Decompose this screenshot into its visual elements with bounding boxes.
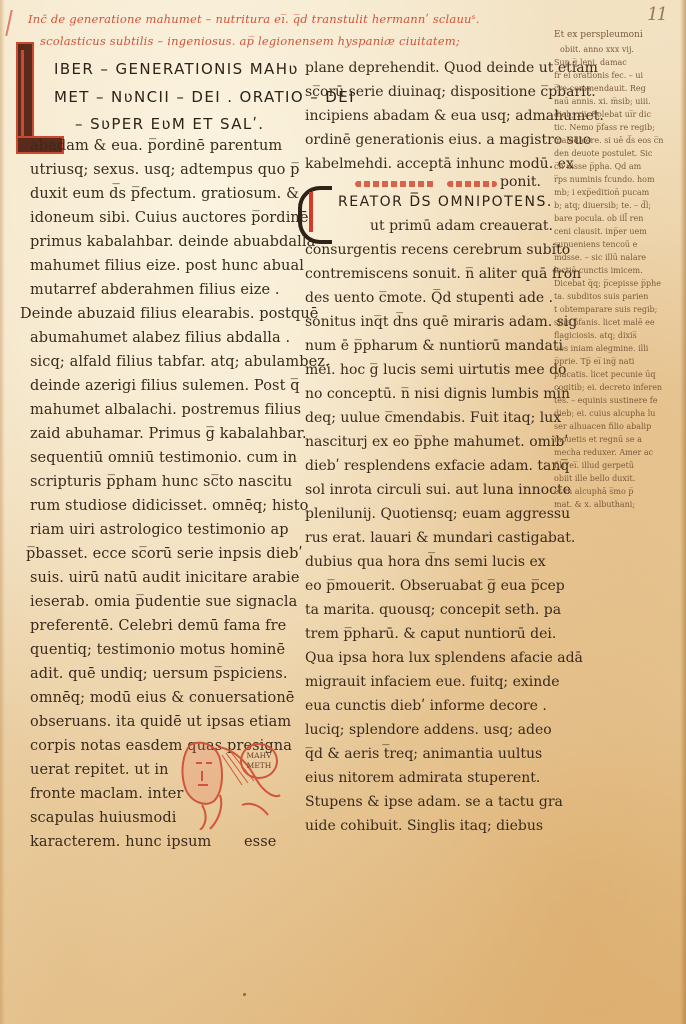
gloss-line: ta. subditos suis parien [554,292,648,301]
text-line: abumahumet alabez filius abdalla . [30,330,290,346]
text-line: diebʹ resplendens exfacie adam. tanq̅ [305,458,569,474]
parchment-blemish [243,993,246,996]
text-line: p̅basset. ecce sc̅orū serie inpsis dieb… [26,546,303,562]
text-line: scapulas huiusmodi [30,810,176,826]
text-line: ieserab. omia p̅udentie sue signacla [30,594,297,610]
gloss-line: r̅ps numinis fcundo. hom [554,175,655,184]
text-line: uerat repitet. ut in [30,762,169,778]
gloss-line: maledicere. si uē d̅s eos c̅n [554,136,663,145]
text-line: rum studiose didicisset. omnēq; histo [30,498,308,514]
text-line: fronte maclam. inter [30,786,183,802]
text-line: eo p̅mouerit. Obseruabat g̅ eua p̅cep [305,578,565,594]
text-line: idoneum sibi. Cuius auctores p̅ordinē. [30,210,313,226]
gloss-line: Sup q̅ leni. damac [554,58,627,67]
heading-line-3: – SʋPER EʋM ET SALʹ. [75,115,264,133]
gloss-line: flagiciosis. atq; dixis̅ [554,331,637,340]
text-line: riam uiri astrologico testimonio ap [30,522,289,538]
gloss-line: Et ex perspleumoni [554,30,643,40]
text-line: migrauit infaciem eue. fuitq; exinde [305,674,560,690]
text-line: suis. uirū natū audit inicitare arabie [30,570,300,586]
text-line: sonitus inq̅t d̅ns quē miraris adam. si… [305,314,577,330]
heading-line-1: IBER – GENERATIONIS MAHʋ [54,60,299,78]
gloss-line: obiit ille bello duxit. [554,474,635,483]
text-line: ta marita. quousq; concepit seth. pa [305,602,561,618]
text-line: ponit. [500,174,541,190]
decorated-initial-L [14,42,44,150]
gloss-line: Dicebat q̅q; p̅cepisse p̅phe [554,279,661,288]
text-line: mei. hoc g̅ lucis semi uirtutis mee do [305,362,566,378]
gloss-line: filiʹ ei̅. illud gerpetū [554,461,634,470]
text-line: obseruans. ita quidē ut ipsas etiam [30,714,291,730]
gloss-line: ser alhuacen filio abalip [554,422,651,431]
gloss-line: p̅prie. Tp̅ ei̅ ing̅ nati [554,357,634,366]
line-filler-ornament [447,181,497,187]
text-line: deinde azerigi filius sulemen. Post q̅ [30,378,300,394]
text-line: contremiscens sonuit. n̅ aliter quā fro… [305,266,581,282]
text-line: sc̅orū serie diuinaq; dispositione c̅pb… [305,84,596,100]
folio-number: 11 [647,4,666,25]
text-line: rus erat. lauari & mundari castigabat. [305,530,575,546]
folio-right-edge [680,0,686,1024]
text-line: des uento c̅mote. Q̅d stupenti ade . [305,290,553,306]
text-line: nasciturj ex eo p̅phe mahumet. omibʹ [305,434,568,450]
gloss-line: tes. – equinis sustinere fe [554,396,657,405]
gloss-line: dieb; ei. cuius alcupha lu [554,409,655,418]
gloss-line: naū annis. xi. m̅sib; uiii. [554,97,651,106]
text-line: adit. quē undiq; uersum p̅spiciens. [30,666,288,682]
gloss-line: mb; i exp̅edition̄ pucam [554,188,649,197]
text-line: duxit eum d̅s p̅fectum. gratiosum. & [30,186,299,202]
text-line: uide cohibuit. Singlis itaq; diebus [305,818,543,834]
gloss-line: siue p̅fanis. licet malē ee [554,318,655,327]
gloss-line: mdsse. – sic illū nalare [554,253,646,262]
text-line: mutarref abderahmen filius eize . [30,282,280,298]
text-line: dubius qua hora d̅ns semi lucis ex [305,554,546,570]
gloss-line: c̅n uisse p̅pha. Qd am [554,162,641,171]
rubric-line-1: Inc̄ de generatione mahumet – nutritura … [28,12,480,26]
gloss-line: cogitib; ei. decreto inferen [554,383,662,392]
decorated-initial-C [298,186,332,240]
gloss-line: mecha reduxer. Amer ac [554,448,653,457]
text-line: utriusq; sexus. usq; adtempus quo p̅ [30,162,300,178]
line-filler-ornament [355,181,435,187]
text-line: plenilunij. Quotiensq; euam aggressu [305,506,570,522]
text-line: Qua ipsa hora lux splendens afacie adā [305,650,583,666]
gloss-line: uos iniam alegmine. illi [554,344,648,353]
gloss-line: b; atq; diuersib; te. – d̅l; [554,201,651,210]
gloss-line: c̅re commendauit. Reg [554,84,646,93]
text-line: ordinē generationis eius. a magistro su… [305,132,591,148]
text-line: sequentiū omniū testimonio. cum in [30,450,297,466]
text-line: mahumet filius eize. post hunc abual [30,258,304,274]
gloss-line: mat. & x. albuthani; [554,500,635,509]
text-line: karacterem. hunc ipsum [30,834,211,850]
text-line: omnēq; modū eius & conuersationē [30,690,294,706]
text-line: trem p̅pharū. & caput nuntiorū dei. [305,626,556,642]
caption-line-2: METH [242,761,276,771]
gloss-line: fr̅ ei orationis fec. – ui [554,71,643,80]
gloss-line: et in alcuphā s̅mo p̅ [554,487,633,496]
gloss-line: dieb; xii. Solebat ui̅r dic [554,110,651,119]
gloss-line: mouetis et regnū se a [554,435,642,444]
text-line: scripturis p̅pham hunc sc̅to nascitu [30,474,292,490]
text-line: kabelmehdi. acceptā inhunc modū. ex [305,156,574,172]
caption-line-1: MAHV [242,751,276,761]
text-line: eua cunctis diebʹ informe decore . [305,698,547,714]
text-line: ut primū adam creauerat. [370,218,553,234]
gloss-line: den deuote postulet. Sic [554,149,652,158]
portrait-caption-bubble: MAHV METH [240,743,278,779]
text-line: sol inrota circuli sui. aut luna innocte [305,482,571,498]
rubric-line-2: scolasticus subtilis – ingeniosus. ap̅ l… [40,34,460,48]
gloss-line: lectiō cunctis imicem. [554,266,643,275]
section-heading: REATOR D̅S OMNIPOTENS. [338,194,553,210]
text-line: mahumet albalachi. postremus filius [30,402,301,418]
text-line: luciq; splendore addens. usq; adeo [305,722,552,738]
text-line: Stupens & ipse adam. se a tactu gra [305,794,563,810]
folio-left-edge [0,0,5,1024]
text-line: q̅d & aeris t̅req; animantia uultus [305,746,542,762]
text-line: zaid abuhamar. Primus g̅ kabalahbar. [30,426,307,442]
gloss-line: t obtemparare suis regib; [554,305,657,314]
text-line: num ē p̅pharum & nuntiorū mandati [305,338,563,354]
text-line: preferentē. Celebri demū fama fre [30,618,286,634]
text-line: Deinde abuzaid filius elearabis. postque… [20,306,318,322]
gloss-line: tic. Nemo p̅fass re regib; [554,123,655,132]
gloss-line: placatis. licet pecunie ūq [554,370,656,379]
text-line: abadam & eua. p̅ordinē parentum [30,138,282,154]
text-line: quentiq; testimonio motus hominē [30,642,285,658]
text-line: eius nitorem admirata stuperent. [305,770,540,786]
gloss-line: obiit. anno xxx vij. [560,45,634,54]
text-line: esse [244,834,276,850]
text-line: deq; uulue c̅mendabis. Fuit itaq; lux [305,410,561,426]
text-line: consurgentis recens cerebrum subito [305,242,570,258]
text-line: no conceptū. n̅ nisi dignis lumbis min [305,386,570,402]
text-line: primus kabalahbar. deinde abuabdalla [30,234,315,250]
text-line: sicq; alfald filius tabfar. atq; abulamb… [30,354,330,370]
gloss-line: ceni clausit. inp̅er uem [554,227,647,236]
gloss-line: supueniens tencoū e [554,240,637,249]
gloss-line: bare pocula. ob ill̄ ren [554,214,643,223]
